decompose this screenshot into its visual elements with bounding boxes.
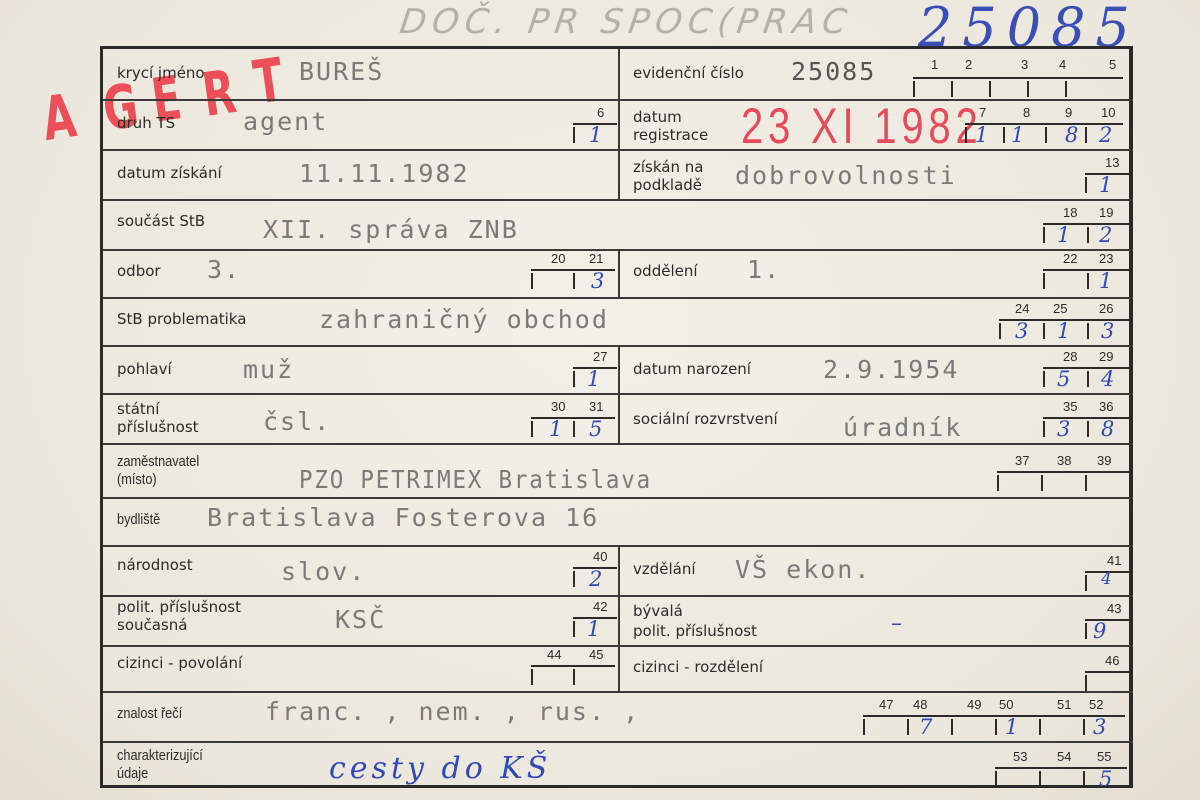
label-datum-registrace-2: registrace [633, 127, 708, 144]
label-stb-problematika: StB problematika [117, 311, 246, 328]
value-evidencni-cislo: 25085 [791, 57, 876, 86]
label-narodnost: národnost [117, 557, 193, 574]
label-datum-registrace-1: datum [633, 109, 682, 126]
value-pohlavi: muž [243, 355, 294, 384]
label-cizinci-rozdeleni: cizinci - rozdělení [633, 659, 763, 676]
label-charakterizujici-1: charakterizující [117, 747, 203, 764]
value-statni-prislusnost: čsl. [263, 407, 331, 436]
label-ziskan-1: získán na [633, 159, 703, 176]
value-zamestnavatel: PZO PETRIMEX Bratislava [299, 465, 652, 494]
label-byvala-2: polit. příslušnost [633, 623, 757, 640]
label-zamestnavatel-2: (místo) [117, 471, 157, 488]
value-narodnost: slov. [281, 557, 366, 586]
value-bydliste: Bratislava Fosterova 16 [207, 503, 599, 532]
registration-card: krycí jméno BUREŠ evidenční číslo 25085 … [100, 46, 1133, 788]
label-soucast-stb: součást StB [117, 213, 205, 230]
label-statni-1: státní [117, 401, 159, 418]
label-zamestnavatel-1: zaměstnavatel [117, 453, 199, 470]
label-vzdelani: vzdělání [633, 561, 696, 578]
label-ziskan-2: podkladě [633, 177, 702, 194]
value-soucast-stb: XII. správa ZNB [263, 215, 519, 244]
value-polit-soucasna: KSČ [335, 605, 386, 634]
label-charakterizujici-2: údaje [117, 765, 148, 782]
value-byvala: – [891, 611, 902, 636]
label-byvala-1: bývalá [633, 603, 683, 620]
label-znalost-reci: znalost řečí [117, 705, 182, 722]
value-stb-problematika: zahraničný obchod [319, 305, 609, 334]
value-datum-ziskani: 11.11.1982 [299, 159, 470, 188]
value-oddeleni: 1. [747, 255, 781, 284]
label-pohlavi: pohlaví [117, 361, 172, 378]
value-ziskan: dobrovolnosti [735, 161, 957, 190]
value-odbor: 3. [207, 255, 241, 284]
label-statni-2: příslušnost [117, 419, 199, 436]
label-odbor: odbor [117, 263, 161, 280]
label-cizinci-povolani: cizinci - povolání [117, 655, 242, 672]
value-charakterizujici: cesty do KŠ [329, 751, 551, 786]
value-znalost-reci: franc. , nem. , rus. , [265, 697, 640, 726]
label-kryci-jmeno: krycí jméno [117, 65, 205, 82]
label-bydliste: bydliště [117, 511, 160, 528]
label-evidencni-cislo: evidenční číslo [633, 65, 744, 82]
value-vzdelani: VŠ ekon. [735, 555, 871, 584]
label-oddeleni: oddělení [633, 263, 698, 280]
label-polit-soucasna-2: současná [117, 617, 187, 634]
label-datum-ziskani: datum získání [117, 165, 222, 182]
label-socialni-rozvrstveni: sociální rozvrstvení [633, 411, 778, 428]
value-socialni-rozvrstveni: úradník [843, 413, 962, 442]
value-druh-ts: agent [243, 107, 328, 136]
registration-date-stamp: 23 XI 1982 [741, 97, 983, 155]
label-druh-ts: druh TS [117, 115, 175, 132]
value-datum-narozeni: 2.9.1954 [823, 355, 959, 384]
pencil-annotation: DOČ. PR SPOC(PRAC [397, 2, 855, 42]
index-card-scan: DOČ. PR SPOC(PRAC 25085 A G E R T krycí … [0, 0, 1200, 800]
label-polit-soucasna-1: polit. příslušnost [117, 599, 241, 616]
value-kryci-jmeno: BUREŠ [299, 57, 384, 86]
label-datum-narozeni: datum narození [633, 361, 751, 378]
